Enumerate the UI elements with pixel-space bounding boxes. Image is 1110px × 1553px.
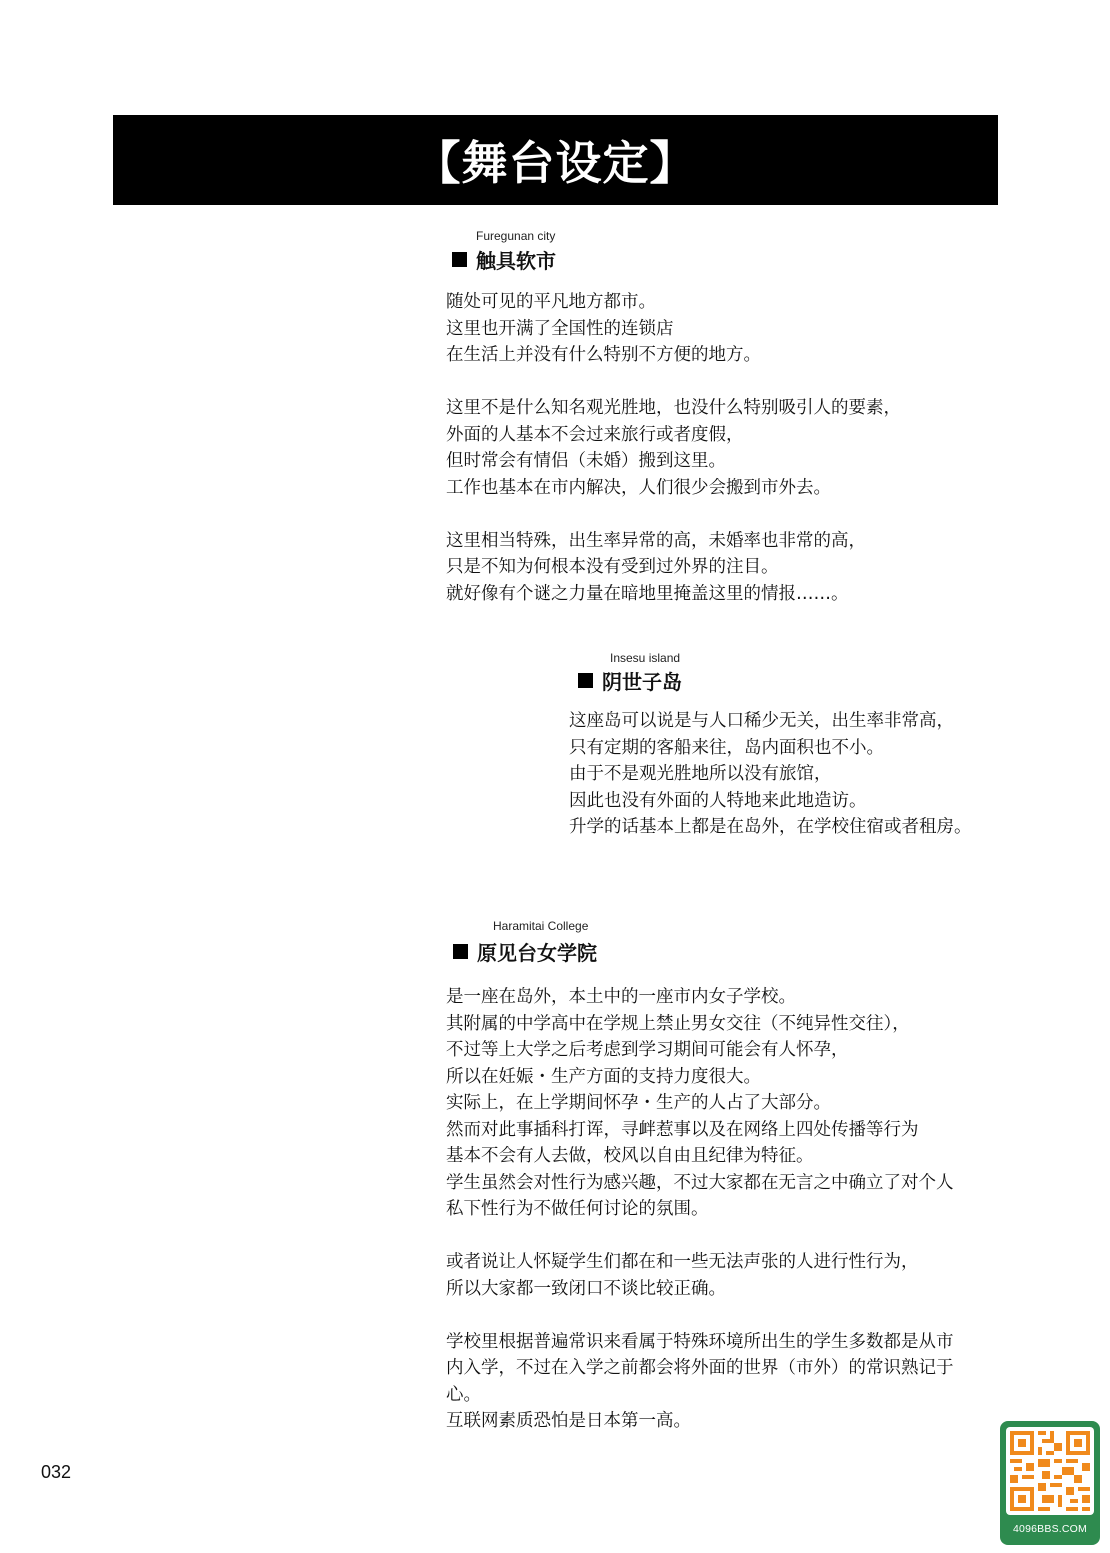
body-line bbox=[446, 1223, 954, 1250]
body-line: 外面的人基本不会过来旅行或者度假， bbox=[446, 422, 901, 449]
body-line bbox=[446, 369, 901, 396]
page-number: 032 bbox=[41, 1462, 71, 1483]
body-line: 实际上，在上学期间怀孕・生产的人占了大部分。 bbox=[446, 1090, 954, 1117]
body-line: 随处可见的平凡地方都市。 bbox=[446, 289, 901, 316]
body-line: 由于不是观光胜地所以没有旅馆， bbox=[569, 761, 972, 788]
section-heading-text: 触具软市 bbox=[476, 245, 556, 274]
title-banner: 【舞台设定】 bbox=[113, 115, 998, 205]
section-heading: 触具软市 bbox=[452, 245, 556, 274]
section-heading: 原见台女学院 bbox=[453, 937, 597, 966]
qr-code-icon bbox=[1006, 1427, 1094, 1515]
square-bullet-icon bbox=[578, 673, 593, 688]
section-subtitle-en: Insesu island bbox=[610, 651, 680, 665]
section-body: 是一座在岛外，本土中的一座市内女子学校。 其附属的中学高中在学规上禁止男女交往（… bbox=[446, 984, 954, 1435]
body-line: 但时常会有情侣（未婚）搬到这里。 bbox=[446, 448, 901, 475]
body-line: 是一座在岛外，本土中的一座市内女子学校。 bbox=[446, 984, 954, 1011]
body-line: 所以大家都一致闭口不谈比较正确。 bbox=[446, 1276, 954, 1303]
body-line: 学校里根据普遍常识来看属于特殊环境所出生的学生多数都是从市 bbox=[446, 1329, 954, 1356]
body-line: 不过等上大学之后考虑到学习期间可能会有人怀孕， bbox=[446, 1037, 954, 1064]
body-line: 只是不知为何根本没有受到过外界的注目。 bbox=[446, 554, 901, 581]
watermark-label: 4096BBS.COM bbox=[1006, 1523, 1094, 1535]
body-line: 然而对此事插科打诨，寻衅惹事以及在网络上四处传播等行为 bbox=[446, 1117, 954, 1144]
page-title: 【舞台设定】 bbox=[415, 127, 697, 193]
body-line bbox=[446, 1302, 954, 1329]
body-line bbox=[446, 501, 901, 528]
watermark-badge[interactable]: 4096BBS.COM bbox=[1000, 1421, 1100, 1545]
section-body: 这座岛可以说是与人口稀少无关，出生率非常高， 只有定期的客船来往，岛内面积也不小… bbox=[569, 708, 972, 841]
body-line: 其附属的中学高中在学规上禁止男女交往（不纯异性交往）， bbox=[446, 1011, 954, 1038]
body-line: 因此也没有外面的人特地来此地造访。 bbox=[569, 788, 972, 815]
section-subtitle-en: Furegunan city bbox=[476, 229, 555, 243]
body-line: 升学的话基本上都是在岛外，在学校住宿或者租房。 bbox=[569, 814, 972, 841]
body-line: 或者说让人怀疑学生们都在和一些无法声张的人进行性行为， bbox=[446, 1249, 954, 1276]
body-line: 就好像有个谜之力量在暗地里掩盖这里的情报……。 bbox=[446, 581, 901, 608]
body-line: 这里也开满了全国性的连锁店 bbox=[446, 316, 901, 343]
section-heading-text: 阴世子岛 bbox=[602, 666, 682, 695]
body-line: 这里相当特殊，出生率异常的高，未婚率也非常的高， bbox=[446, 528, 901, 555]
body-line: 心。 bbox=[446, 1382, 954, 1409]
body-line: 互联网素质恐怕是日本第一高。 bbox=[446, 1408, 954, 1435]
section-subtitle-en: Haramitai College bbox=[493, 919, 588, 933]
body-line: 只有定期的客船来往，岛内面积也不小。 bbox=[569, 735, 972, 762]
body-line: 基本不会有人去做，校风以自由且纪律为特征。 bbox=[446, 1143, 954, 1170]
body-line: 内入学，不过在入学之前都会将外面的世界（市外）的常识熟记于 bbox=[446, 1355, 954, 1382]
body-line: 这里不是什么知名观光胜地，也没什么特别吸引人的要素， bbox=[446, 395, 901, 422]
section-heading-text: 原见台女学院 bbox=[477, 937, 597, 966]
body-line: 这座岛可以说是与人口稀少无关，出生率非常高， bbox=[569, 708, 972, 735]
body-line: 在生活上并没有什么特别不方便的地方。 bbox=[446, 342, 901, 369]
section-body: 随处可见的平凡地方都市。 这里也开满了全国性的连锁店 在生活上并没有什么特别不方… bbox=[446, 289, 901, 607]
section-heading: 阴世子岛 bbox=[578, 666, 682, 695]
body-line: 工作也基本在市内解决，人们很少会搬到市外去。 bbox=[446, 475, 901, 502]
body-line: 所以在妊娠・生产方面的支持力度很大。 bbox=[446, 1064, 954, 1091]
square-bullet-icon bbox=[453, 944, 468, 959]
body-line: 私下性行为不做任何讨论的氛围。 bbox=[446, 1196, 954, 1223]
square-bullet-icon bbox=[452, 252, 467, 267]
body-line: 学生虽然会对性行为感兴趣，不过大家都在无言之中确立了对个人 bbox=[446, 1170, 954, 1197]
